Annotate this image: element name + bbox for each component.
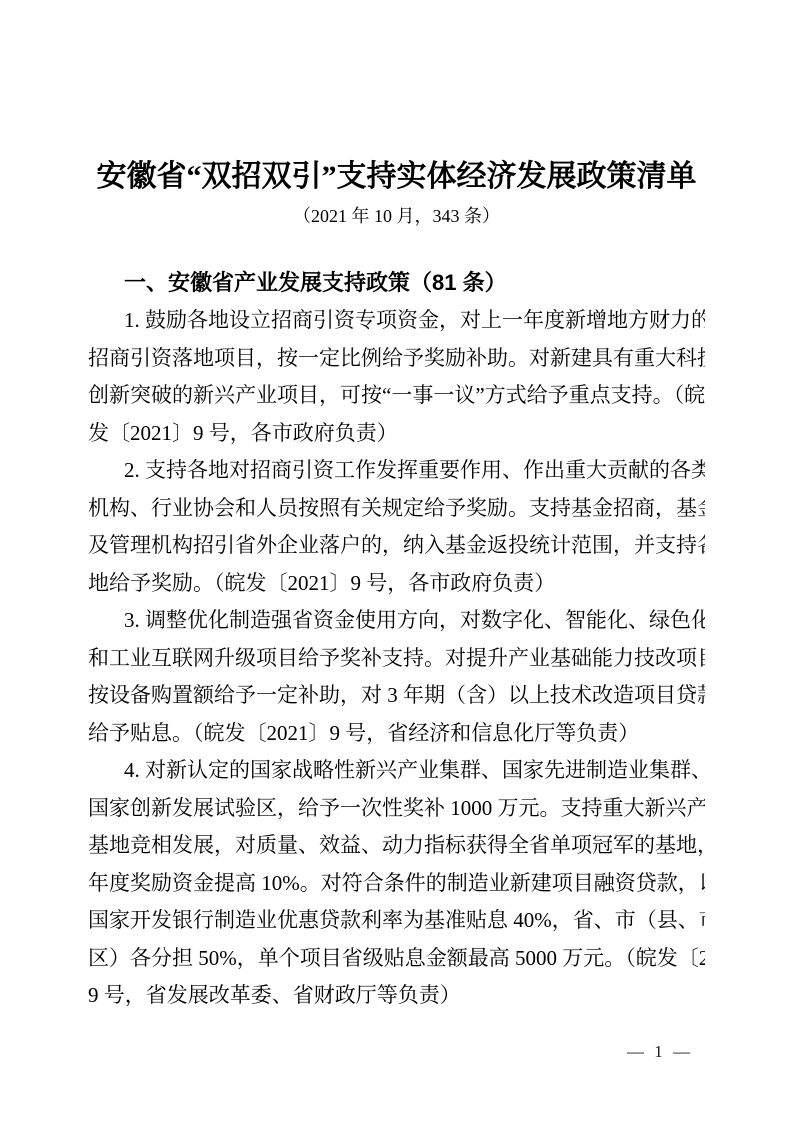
text-line: 基地竞相发展，对质量、效益、动力指标获得全省单项冠军的基地，	[88, 827, 705, 865]
text-line: 国家创新发展试验区，给予一次性奖补 1000 万元。支持重大新兴产业	[88, 790, 705, 828]
paragraph-2: 2. 支持各地对招商引资工作发挥重要作用、作出重大贡献的各类 机构、行业协会和人…	[88, 452, 705, 602]
text-line: 国家开发银行制造业优惠贷款利率为基准贴息 40%，省、市（县、市、	[88, 902, 705, 940]
text-line: 及管理机构招引省外企业落户的，纳入基金返投统计范围，并支持各	[88, 527, 705, 565]
paragraph-4: 4. 对新认定的国家战略性新兴产业集群、国家先进制造业集群、 国家创新发展试验区…	[88, 752, 705, 1015]
text-line: 给予贴息。（皖发〔2021〕9 号，省经济和信息化厅等负责）	[88, 715, 705, 753]
text-line: 1. 鼓励各地设立招商引资专项资金，对上一年度新增地方财力的	[88, 302, 705, 340]
document-title: 安徽省“双招双引”支持实体经济发展政策清单	[88, 156, 705, 198]
document-subtitle: （2021 年 10 月，343 条）	[88, 200, 705, 232]
text-line: 和工业互联网升级项目给予奖补支持。对提升产业基础能力技改项目	[88, 640, 705, 678]
text-line: 招商引资落地项目，按一定比例给予奖励补助。对新建具有重大科技	[88, 340, 705, 378]
text-line: 发〔2021〕9 号，各市政府负责）	[88, 415, 705, 453]
section-heading: 一、安徽省产业发展支持政策（81 条）	[88, 264, 705, 302]
text-line: 区）各分担 50%，单个项目省级贴息金额最高 5000 万元。（皖发〔2021〕	[88, 940, 705, 978]
page-number: — 1 —	[627, 1042, 693, 1062]
text-line: 按设备购置额给予一定补助，对 3 年期（含）以上技术改造项目贷款	[88, 677, 705, 715]
document-content: 安徽省“双招双引”支持实体经济发展政策清单 （2021 年 10 月，343 条…	[88, 0, 705, 1015]
document-page: 安徽省“双招双引”支持实体经济发展政策清单 （2021 年 10 月，343 条…	[0, 0, 793, 1122]
text-line: 年度奖励资金提高 10%。对符合条件的制造业新建项目融资贷款，以	[88, 865, 705, 903]
text-line: 3. 调整优化制造强省资金使用方向，对数字化、智能化、绿色化	[88, 602, 705, 640]
text-line: 4. 对新认定的国家战略性新兴产业集群、国家先进制造业集群、	[88, 752, 705, 790]
text-line: 地给予奖励。（皖发〔2021〕9 号，各市政府负责）	[88, 565, 705, 603]
text-line: 9 号，省发展改革委、省财政厅等负责）	[88, 977, 705, 1015]
paragraph-3: 3. 调整优化制造强省资金使用方向，对数字化、智能化、绿色化 和工业互联网升级项…	[88, 602, 705, 752]
text-line: 创新突破的新兴产业项目，可按“一事一议”方式给予重点支持。（皖	[88, 377, 705, 415]
text-line: 机构、行业协会和人员按照有关规定给予奖励。支持基金招商，基金	[88, 490, 705, 528]
text-line: 2. 支持各地对招商引资工作发挥重要作用、作出重大贡献的各类	[88, 452, 705, 490]
paragraph-1: 1. 鼓励各地设立招商引资专项资金，对上一年度新增地方财力的 招商引资落地项目，…	[88, 302, 705, 452]
